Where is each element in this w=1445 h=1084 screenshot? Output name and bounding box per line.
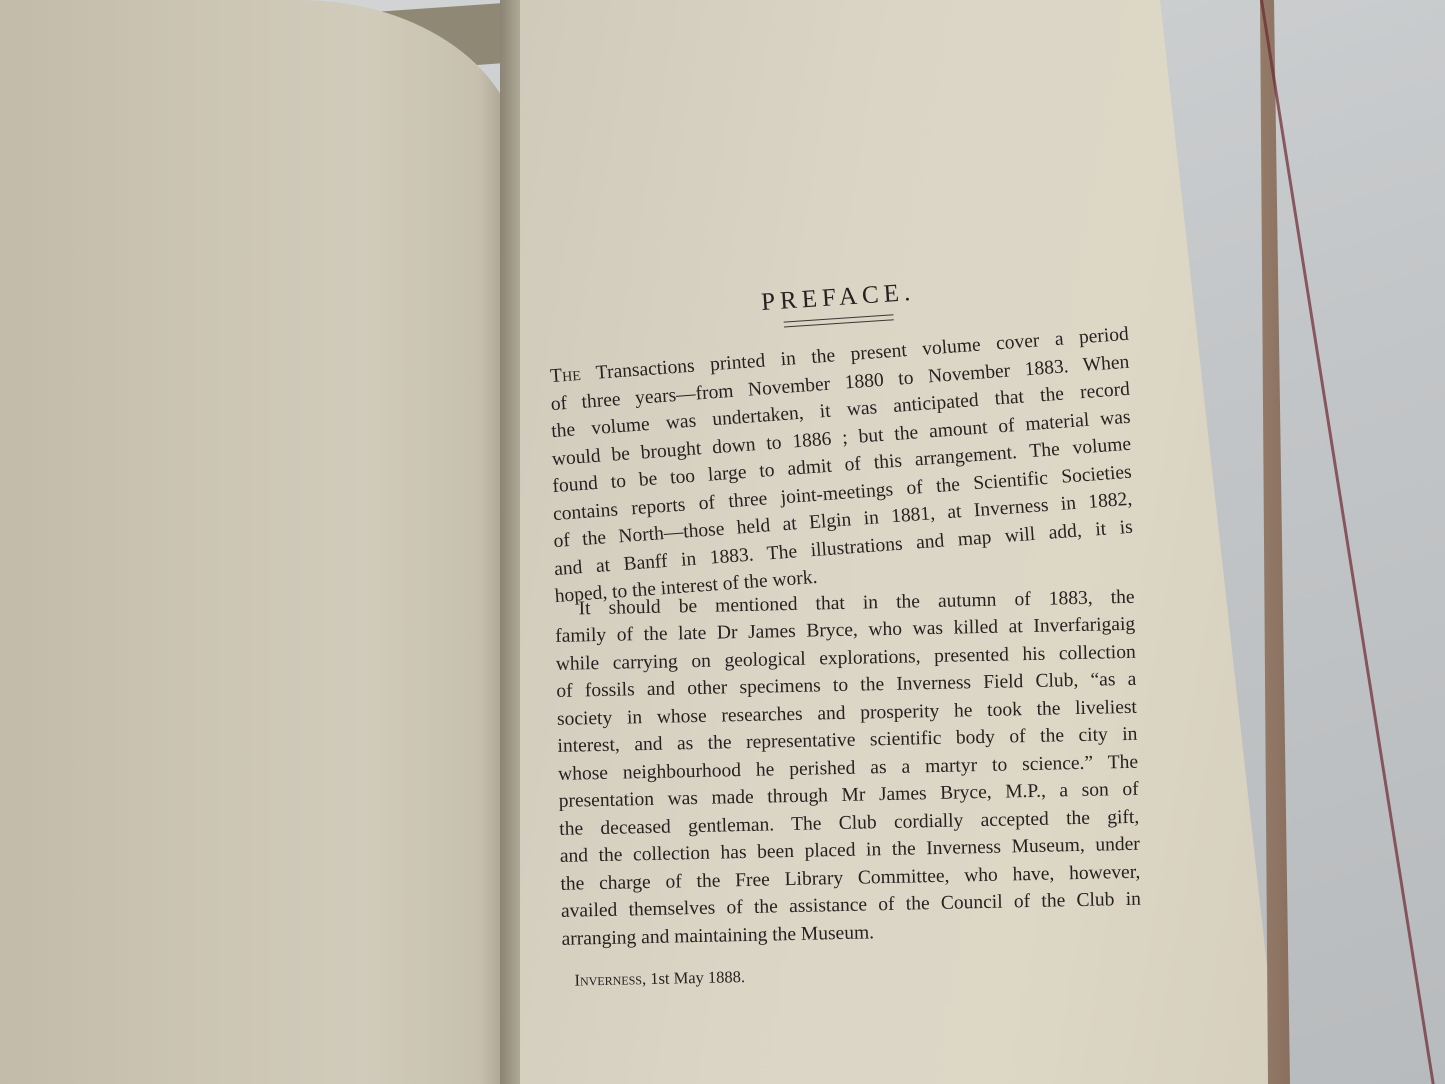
left-page	[0, 0, 520, 1084]
paragraph-2: It should be mentioned that in the autum…	[554, 583, 1141, 953]
signoff-date: 1st May 1888.	[650, 967, 745, 988]
signoff-place: Inverness,	[574, 969, 646, 989]
preface-text: PREFACE. The Transactions printed in the…	[548, 278, 1143, 991]
paragraph-1: The Transactions printed in the present …	[549, 336, 1134, 596]
show-through-text	[0, 33, 498, 707]
title-rule	[784, 314, 894, 327]
